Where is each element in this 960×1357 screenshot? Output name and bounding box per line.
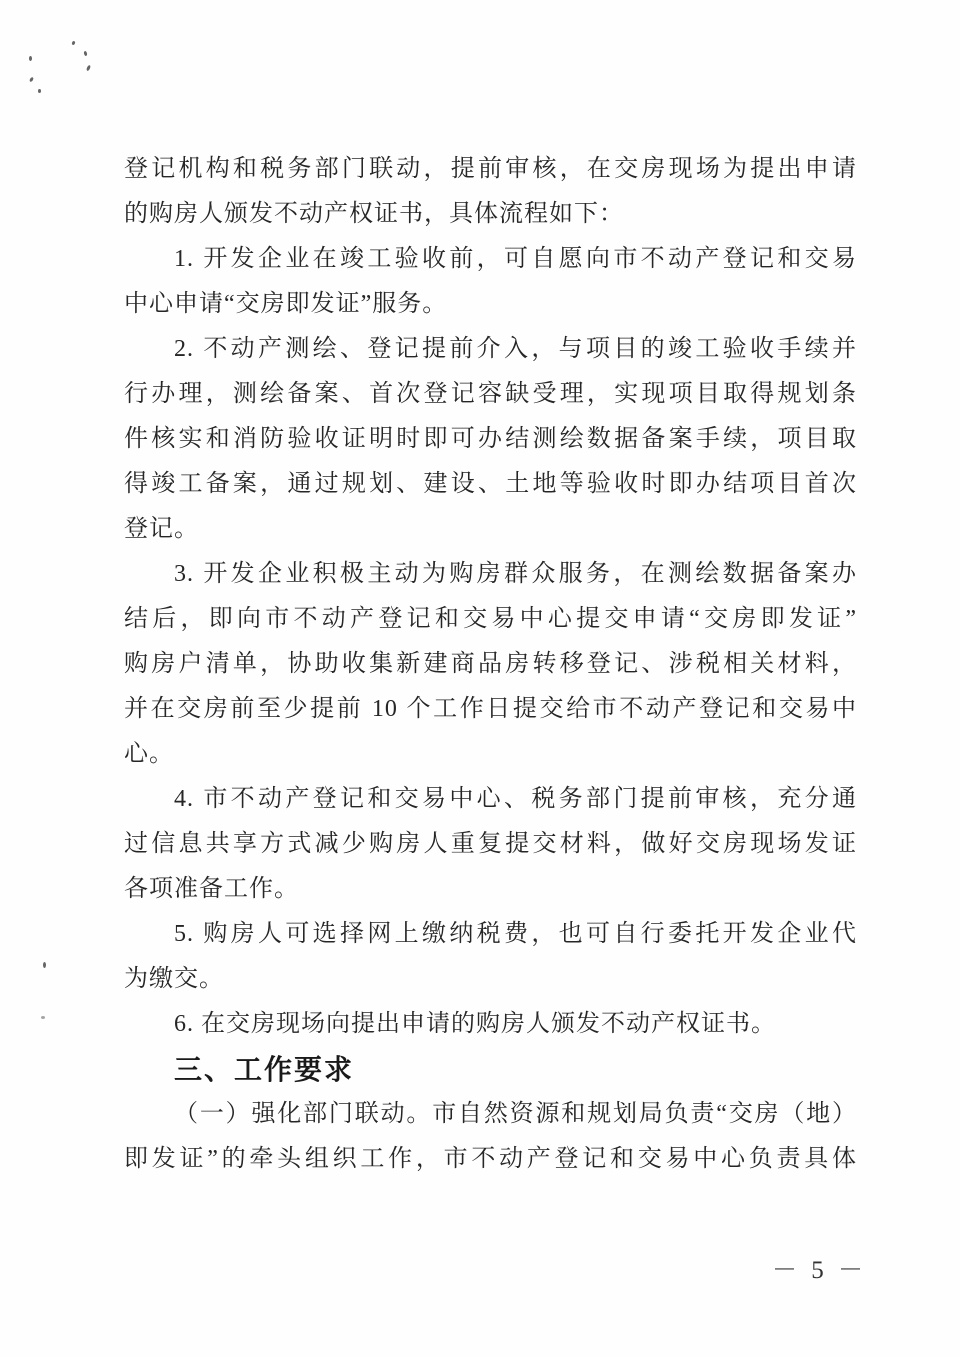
text-line: 即发证”的牵头组织工作，市不动产登记和交易中心负责具体 [124,1137,857,1182]
text-line: 3. 开发企业积极主动为购房群众服务，在测绘数据备案办 [124,552,857,597]
scan-artifact [86,65,91,72]
text-line: 为缴交。 [124,957,857,1002]
text-line: 6. 在交房现场向提出申请的购房人颁发不动产权证书。 [124,1002,857,1047]
scan-artifact [83,51,87,57]
text-line: 的购房人颁发不动产权证书，具体流程如下： [124,192,857,237]
text-line: 2. 不动产测绘、登记提前介入，与项目的竣工验收手续并 [124,327,857,372]
text-line: （一）强化部门联动。市自然资源和规划局负责“交房（地） [124,1092,857,1137]
scan-artifact [38,89,41,93]
text-line: 登记。 [124,507,857,552]
text-line: 过信息共享方式减少购房人重复提交材料，做好交房现场发证 [124,822,857,867]
text-line: 得竣工备案，通过规划、建设、土地等验收时即办结项目首次 [124,462,857,507]
text-line: 行办理，测绘备案、首次登记容缺受理，实现项目取得规划条 [124,372,857,417]
scan-artifact [41,1016,45,1019]
text-line: 结后，即向市不动产登记和交易中心提交申请“交房即发证” [124,597,857,642]
text-line: 中心申请“交房即发证”服务。 [124,282,857,327]
document-body: 登记机构和税务部门联动，提前审核，在交房现场为提出申请的购房人颁发不动产权证书，… [124,147,857,1182]
text-line: 件核实和消防验收证明时即可办结测绘数据备案手续，项目取 [124,417,857,462]
text-line: 购房户清单，协助收集新建商品房转移登记、涉税相关材料， [124,642,857,687]
text-line: 4. 市不动产登记和交易中心、税务部门提前审核，充分通 [124,777,857,822]
scan-artifact [43,962,46,968]
text-line: 并在交房前至少提前 10 个工作日提交给市不动产登记和交易中 [124,687,857,732]
page-number: － 5 － [772,1250,872,1286]
scan-artifact [29,56,32,61]
scan-artifact [71,41,75,46]
text-line: 心。 [124,732,857,777]
section-heading: 三、工作要求 [124,1047,857,1092]
document-page: 登记机构和税务部门联动，提前审核，在交房现场为提出申请的购房人颁发不动产权证书，… [0,0,960,1357]
scan-artifact [29,77,34,83]
text-line: 登记机构和税务部门联动，提前审核，在交房现场为提出申请 [124,147,857,192]
text-line: 各项准备工作。 [124,867,857,912]
text-line: 5. 购房人可选择网上缴纳税费，也可自行委托开发企业代 [124,912,857,957]
text-line: 1. 开发企业在竣工验收前，可自愿向市不动产登记和交易 [124,237,857,282]
